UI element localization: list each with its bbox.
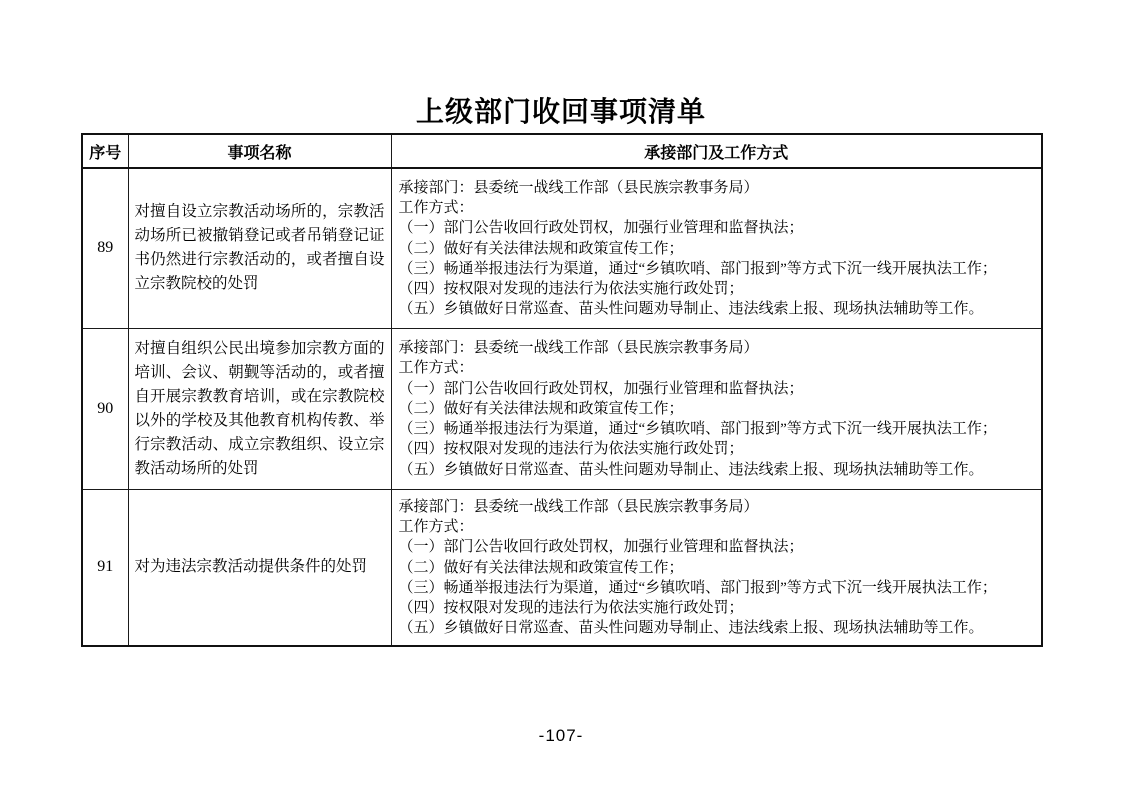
row-department-method: 承接部门：县委统一战线工作部（县民族宗教事务局） 工作方式： （一）部门公告收回… bbox=[391, 489, 1042, 646]
method-line: （三）畅通举报违法行为渠道，通过“乡镇吹哨、部门报到”等方式下沉一线开展执法工作… bbox=[399, 578, 1034, 598]
method-line: （五）乡镇做好日常巡查、苗头性问题劝导制止、违法线索上报、现场执法辅助等工作。 bbox=[399, 460, 1034, 480]
method-line: （四）按权限对发现的违法行为依法实施行政处罚； bbox=[399, 279, 1034, 299]
page-number: -107- bbox=[0, 726, 1122, 746]
method-line: （一）部门公告收回行政处罚权，加强行业管理和监督执法； bbox=[399, 537, 1034, 557]
method-line: 工作方式： bbox=[399, 198, 1034, 218]
method-line: （四）按权限对发现的违法行为依法实施行政处罚； bbox=[399, 439, 1034, 459]
method-line: （五）乡镇做好日常巡查、苗头性问题劝导制止、违法线索上报、现场执法辅助等工作。 bbox=[399, 299, 1034, 319]
header-serial-number: 序号 bbox=[82, 134, 128, 168]
row-item-name: 对为违法宗教活动提供条件的处罚 bbox=[128, 489, 391, 646]
method-line: （五）乡镇做好日常巡查、苗头性问题劝导制止、违法线索上报、现场执法辅助等工作。 bbox=[399, 618, 1034, 638]
method-line: （二）做好有关法律法规和政策宣传工作； bbox=[399, 558, 1034, 578]
method-line: 承接部门：县委统一战线工作部（县民族宗教事务局） bbox=[399, 338, 1034, 358]
row-serial-number: 89 bbox=[82, 168, 128, 328]
table-row: 91 对为违法宗教活动提供条件的处罚 承接部门：县委统一战线工作部（县民族宗教事… bbox=[82, 489, 1042, 646]
row-item-name: 对擅自组织公民出境参加宗教方面的培训、会议、朝觐等活动的，或者擅自开展宗教教育培… bbox=[128, 328, 391, 489]
row-serial-number: 90 bbox=[82, 328, 128, 489]
row-item-name: 对擅自设立宗教活动场所的，宗教活动场所已被撤销登记或者吊销登记证书仍然进行宗教活… bbox=[128, 168, 391, 328]
method-line: （三）畅通举报违法行为渠道，通过“乡镇吹哨、部门报到”等方式下沉一线开展执法工作… bbox=[399, 419, 1034, 439]
row-department-method: 承接部门：县委统一战线工作部（县民族宗教事务局） 工作方式： （一）部门公告收回… bbox=[391, 168, 1042, 328]
row-department-method: 承接部门：县委统一战线工作部（县民族宗教事务局） 工作方式： （一）部门公告收回… bbox=[391, 328, 1042, 489]
page-title: 上级部门收回事项清单 bbox=[81, 90, 1041, 130]
table-header-row: 序号 事项名称 承接部门及工作方式 bbox=[82, 134, 1042, 168]
method-line: （一）部门公告收回行政处罚权，加强行业管理和监督执法； bbox=[399, 218, 1034, 238]
method-line: （一）部门公告收回行政处罚权，加强行业管理和监督执法； bbox=[399, 379, 1034, 399]
header-department-method: 承接部门及工作方式 bbox=[391, 134, 1042, 168]
method-line: 承接部门：县委统一战线工作部（县民族宗教事务局） bbox=[399, 497, 1034, 517]
reclaimed-items-table: 序号 事项名称 承接部门及工作方式 89 对擅自设立宗教活动场所的，宗教活动场所… bbox=[81, 133, 1043, 647]
method-line: 工作方式： bbox=[399, 517, 1034, 537]
header-item-name: 事项名称 bbox=[128, 134, 391, 168]
method-line: （二）做好有关法律法规和政策宣传工作； bbox=[399, 239, 1034, 259]
method-line: 承接部门：县委统一战线工作部（县民族宗教事务局） bbox=[399, 178, 1034, 198]
row-serial-number: 91 bbox=[82, 489, 128, 646]
table-row: 90 对擅自组织公民出境参加宗教方面的培训、会议、朝觐等活动的，或者擅自开展宗教… bbox=[82, 328, 1042, 489]
method-line: 工作方式： bbox=[399, 358, 1034, 378]
method-line: （三）畅通举报违法行为渠道，通过“乡镇吹哨、部门报到”等方式下沉一线开展执法工作… bbox=[399, 259, 1034, 279]
document-page: 上级部门收回事项清单 序号 事项名称 承接部门及工作方式 89 对擅自设立宗教活… bbox=[0, 0, 1122, 793]
table-row: 89 对擅自设立宗教活动场所的，宗教活动场所已被撤销登记或者吊销登记证书仍然进行… bbox=[82, 168, 1042, 328]
method-line: （二）做好有关法律法规和政策宣传工作； bbox=[399, 399, 1034, 419]
method-line: （四）按权限对发现的违法行为依法实施行政处罚； bbox=[399, 598, 1034, 618]
